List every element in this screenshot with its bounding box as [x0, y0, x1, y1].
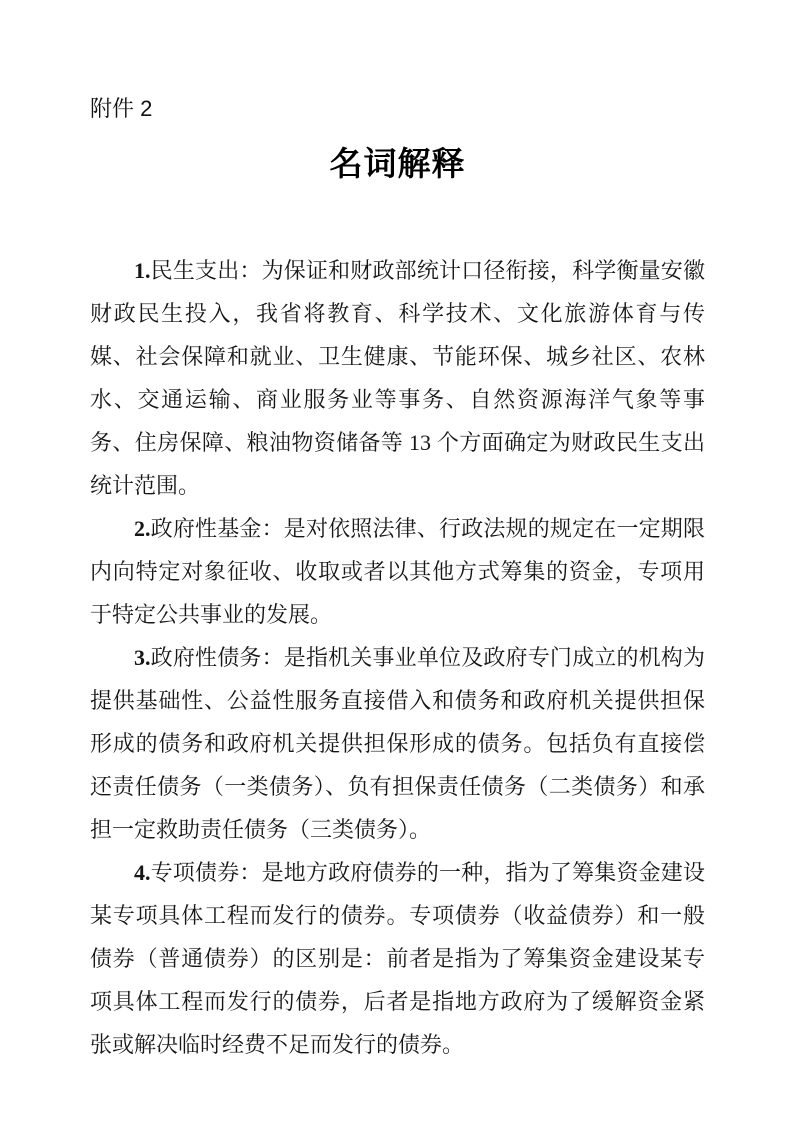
document-page: 附件 2 名词解释 1.民生支出：为保证和财政部统计口径衔接，科学衡量安徽财政民… [0, 0, 794, 1122]
definition-term: 政府性基金： [151, 516, 284, 541]
definition-number: 1. [134, 258, 151, 283]
page-title: 名词解释 [90, 145, 705, 185]
definition-text: 是指机关事业单位及政府专门成立的机构为提供基础性、公益性服务直接借入和债务和政府… [90, 645, 705, 842]
definition-number: 2. [134, 516, 151, 541]
definition-term: 专项债券： [151, 860, 262, 885]
document-content: 附件 2 名词解释 1.民生支出：为保证和财政部统计口径衔接，科学衡量安徽财政民… [0, 0, 794, 1066]
definition-paragraph-2: 2.政府性基金：是对依照法律、行政法规的规定在一定期限内向特定对象征收、收取或者… [90, 507, 705, 636]
definition-number: 3. [134, 645, 151, 670]
attachment-label: 附件 2 [90, 0, 705, 123]
definition-text: 为保证和财政部统计口径衔接，科学衡量安徽财政民生投入，我省将教育、科学技术、文化… [90, 258, 705, 498]
definition-text: 是地方政府债券的一种，指为了筹集资金建设某专项具体工程而发行的债券。专项债券（收… [90, 860, 705, 1057]
definition-term: 政府性债务： [151, 645, 284, 670]
definition-paragraph-3: 3.政府性债务：是指机关事业单位及政府专门成立的机构为提供基础性、公益性服务直接… [90, 636, 705, 851]
definition-term: 民生支出： [151, 258, 262, 283]
definition-paragraph-1: 1.民生支出：为保证和财政部统计口径衔接，科学衡量安徽财政民生投入，我省将教育、… [90, 249, 705, 507]
definition-number: 4. [134, 860, 151, 885]
definition-paragraph-4: 4.专项债券：是地方政府债券的一种，指为了筹集资金建设某专项具体工程而发行的债券… [90, 851, 705, 1066]
definitions-section: 1.民生支出：为保证和财政部统计口径衔接，科学衡量安徽财政民生投入，我省将教育、… [90, 249, 705, 1066]
